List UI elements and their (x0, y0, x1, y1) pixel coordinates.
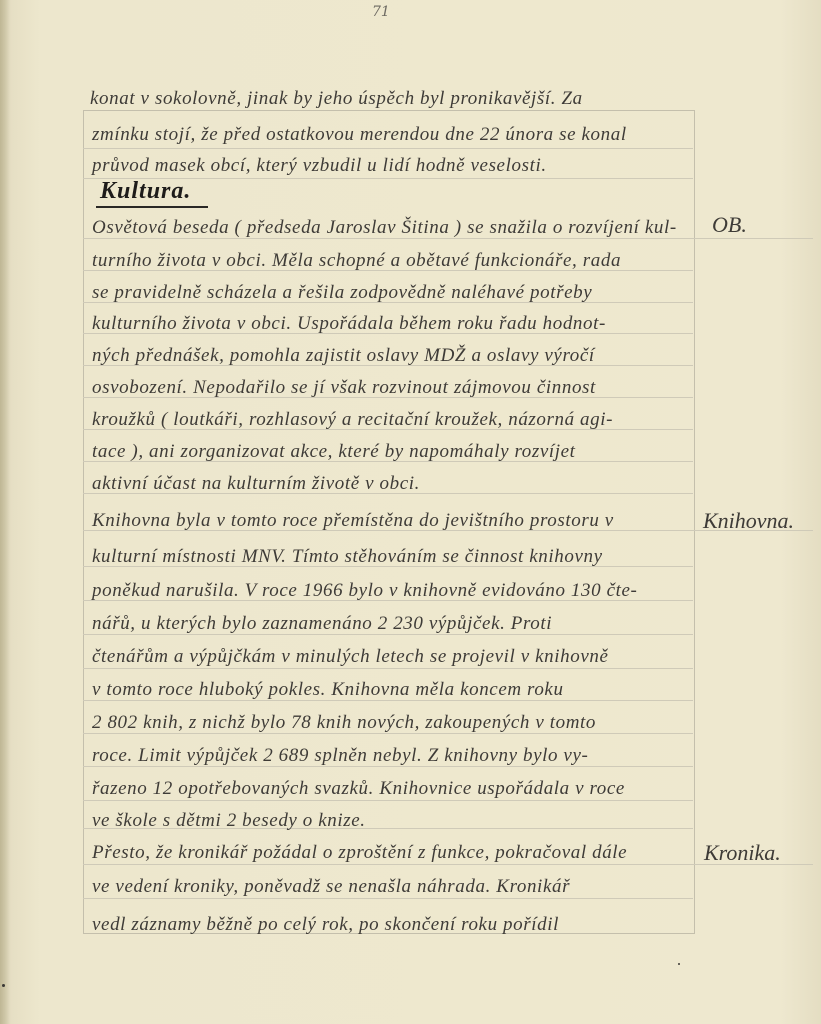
text-line: turního života v obci. Měla schopné a ob… (92, 250, 621, 272)
text-line: zmínku stojí, že před ostatkovou merendo… (92, 124, 627, 146)
text-line: roce. Limit výpůjček 2 689 splněn nebyl.… (92, 745, 588, 767)
text-line: řazeno 12 opotřebovaných svazků. Knihovn… (92, 778, 625, 800)
ruled-line (83, 668, 693, 669)
text-line: osvobození. Nepodařilo se jí však rozvin… (92, 377, 596, 399)
text-line: 2 802 knih, z nichž bylo 78 knih nových,… (92, 712, 596, 734)
text-line: ve vedení kroniky, poněvadž se nenašla n… (92, 876, 570, 898)
text-line: ve škole s dětmi 2 besedy o knize. (92, 810, 366, 832)
text-line: konat v sokolovně, jinak by jeho úspěch … (90, 88, 583, 110)
text-line: se pravidelně scházela a řešila zodpověd… (92, 282, 592, 304)
margin-note-kronika: Kronika. (704, 840, 781, 866)
text-line: tace ), ani zorganizovat akce, které by … (92, 441, 576, 463)
text-line: Přesto, že kronikář požádal o zproštění … (92, 842, 627, 864)
text-line: průvod masek obcí, který vzbudil u lidí … (92, 155, 547, 177)
text-line: poněkud narušila. V roce 1966 bylo v kni… (92, 580, 637, 602)
text-line: v tomto roce hluboký pokles. Knihovna mě… (92, 679, 564, 701)
page-number: 71 (372, 4, 390, 20)
paper-speck (2, 984, 5, 987)
ruled-line (83, 148, 693, 149)
text-line: kulturní místnosti MNV. Tímto stěhováním… (92, 546, 603, 568)
ruled-line (83, 898, 693, 899)
text-line: čtenářům a výpůjčkám v minulých letech s… (92, 646, 609, 668)
text-line: nářů, u kterých bylo zaznamenáno 2 230 v… (92, 613, 552, 635)
margin-note-ob: OB. (712, 212, 747, 238)
text-line: kroužků ( loutkáři, rozhlasový a recitač… (92, 409, 613, 431)
chronicle-page: 71 konat v sokolovně, jinak by jeho úspě… (0, 0, 821, 1024)
paper-speck (678, 963, 680, 965)
text-line: aktivní účast na kulturním životě v obci… (92, 473, 420, 495)
text-line: Knihovna byla v tomto roce přemístěna do… (92, 510, 614, 532)
text-line: vedl záznamy běžně po celý rok, po skonč… (92, 914, 559, 936)
text-line: Osvětová beseda ( předseda Jaroslav Šiti… (92, 217, 677, 239)
heading-underline (96, 206, 208, 208)
ruled-line (83, 800, 693, 801)
margin-note-knihovna: Knihovna. (703, 508, 794, 534)
binding-shadow (0, 0, 10, 1024)
section-heading: Kultura. (100, 178, 191, 205)
text-line: kulturního života v obci. Uspořádala běh… (92, 313, 606, 335)
text-line: ných přednášek, pomohla zajistit oslavy … (92, 345, 595, 367)
